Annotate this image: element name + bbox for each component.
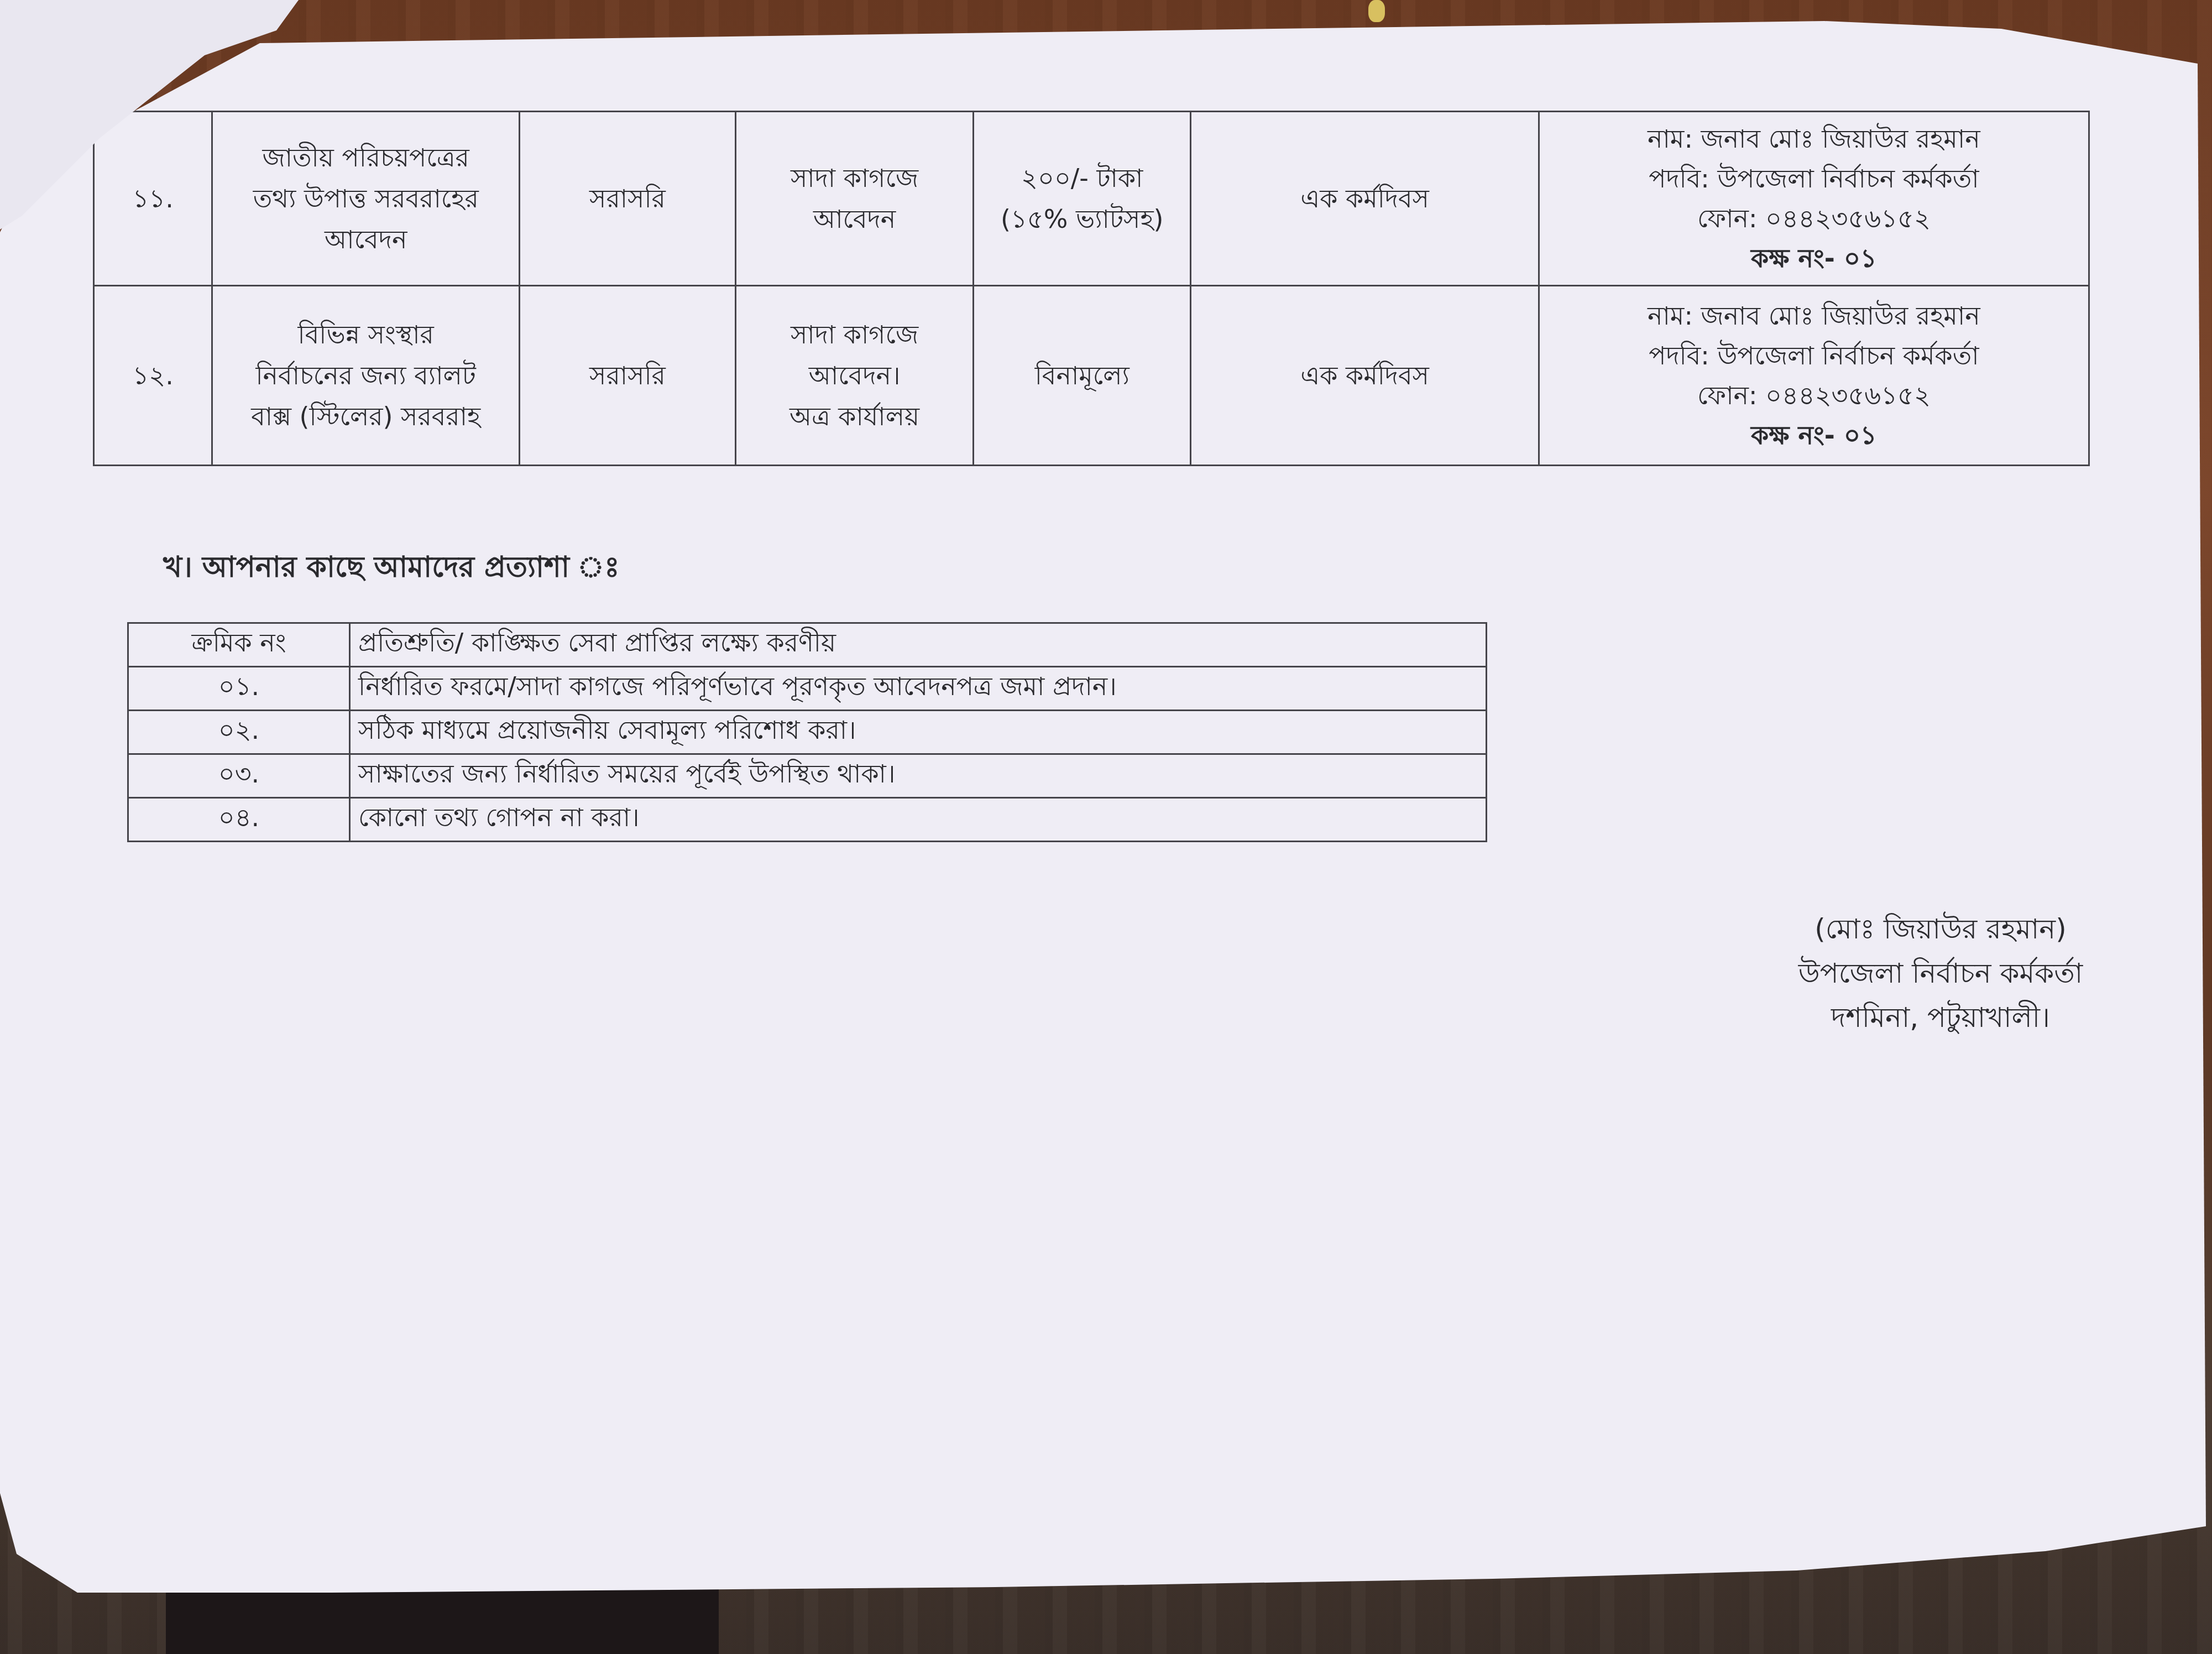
officer-designation: পদবি: উপজেলা নির্বাচন কর্মকর্তা <box>1545 159 2083 199</box>
row-number: ০১. <box>128 667 350 711</box>
row-number: ০৪. <box>128 798 350 842</box>
serial-cell: ১১. <box>94 112 212 286</box>
signatory-designation: উপজেলা নির্বাচন কর্মকর্তা <box>1786 951 2095 995</box>
officer-cell: নাম: জনাব মোঃ জিয়াউর রহমান পদবি: উপজেলা… <box>1539 286 2089 466</box>
officer-name: নাম: জনাব মোঃ জিয়াউর রহমান <box>1545 296 2083 336</box>
table-row: ১১. জাতীয় পরিচয়পত্রের তথ্য উপাত্ত সরবর… <box>94 112 2089 286</box>
time-cell: এক কর্মদিবস <box>1191 112 1539 286</box>
documents-line: সাদা কাগজে <box>742 158 967 199</box>
officer-room: কক্ষ নং- ০১ <box>1545 415 2083 455</box>
service-line: জাতীয় পরিচয়পত্রের <box>218 137 513 178</box>
service-line: নির্বাচনের জন্য ব্যালট <box>218 355 513 396</box>
documents-line: অত্র কার্যালয় <box>742 396 967 437</box>
officer-cell: নাম: জনাব মোঃ জিয়াউর রহমান পদবি: উপজেলা… <box>1539 112 2089 286</box>
table-row: ০২. সঠিক মাধ্যমে প্রয়োজনীয় সেবামূল্য প… <box>128 711 1487 754</box>
row-text: কোনো তথ্য গোপন না করা। <box>350 798 1487 842</box>
row-number: ০৩. <box>128 754 350 798</box>
service-line: বিভিন্ন সংস্থার <box>218 314 513 355</box>
signatory-name: (মোঃ জিয়াউর রহমান) <box>1786 907 2095 951</box>
services-table: ১১. জাতীয় পরিচয়পত্রের তথ্য উপাত্ত সরবর… <box>93 111 2090 466</box>
section-heading: খ। আপনার কাছে আমাদের প্রত্যাশা ঃ <box>163 545 620 593</box>
fee-line: (১৫% ভ্যাটসহ) <box>980 199 1184 239</box>
documents-cell: সাদা কাগজে আবেদন। অত্র কার্যালয় <box>735 286 973 466</box>
method-cell: সরাসরি <box>520 286 736 466</box>
row-text: নির্ধারিত ফরমে/সাদা কাগজে পরিপূর্ণভাবে প… <box>350 667 1487 711</box>
time-cell: এক কর্মদিবস <box>1191 286 1539 466</box>
service-line: তথ্য উপাত্ত সরবরাহের <box>218 178 513 219</box>
officer-room: কক্ষ নং- ০১ <box>1545 238 2083 278</box>
table-row: ০৪. কোনো তথ্য গোপন না করা। <box>128 798 1487 842</box>
officer-phone: ফোন: ০৪৪২৩৫৬১৫২ <box>1545 199 2083 238</box>
table-row: ০১. নির্ধারিত ফরমে/সাদা কাগজে পরিপূর্ণভা… <box>128 667 1487 711</box>
documents-line: সাদা কাগজে <box>742 314 967 355</box>
yellow-sticker <box>1368 0 1385 22</box>
column-header-serial: ক্রমিক নং <box>128 623 350 667</box>
column-header-duty: প্রতিশ্রুতি/ কাঙ্ক্ষিত সেবা প্রাপ্তির লক… <box>350 623 1487 667</box>
serial-cell: ১২. <box>94 286 212 466</box>
officer-name: নাম: জনাব মোঃ জিয়াউর রহমান <box>1545 119 2083 159</box>
service-name-cell: জাতীয় পরিচয়পত্রের তথ্য উপাত্ত সরবরাহের… <box>212 112 520 286</box>
row-number: ০২. <box>128 711 350 754</box>
documents-cell: সাদা কাগজে আবেদন <box>735 112 973 286</box>
document-page: ১১. জাতীয় পরিচয়পত্রের তথ্য উপাত্ত সরবর… <box>0 0 2212 1654</box>
table-row: ০৩. সাক্ষাতের জন্য নির্ধারিত সময়ের পূর্… <box>128 754 1487 798</box>
signatory-location: দশমিনা, পটুয়াখালী। <box>1786 995 2095 1040</box>
row-text: সাক্ষাতের জন্য নির্ধারিত সময়ের পূর্বেই … <box>350 754 1487 798</box>
table-row: ১২. বিভিন্ন সংস্থার নির্বাচনের জন্য ব্যা… <box>94 286 2089 466</box>
documents-line: আবেদন। <box>742 355 967 396</box>
table-header-row: ক্রমিক নং প্রতিশ্রুতি/ কাঙ্ক্ষিত সেবা প্… <box>128 623 1487 667</box>
officer-designation: পদবি: উপজেলা নির্বাচন কর্মকর্তা <box>1545 336 2083 375</box>
signature-block: (মোঃ জিয়াউর রহমান) উপজেলা নির্বাচন কর্ম… <box>1786 907 2095 1040</box>
service-line: বাক্স (স্টিলের) সরবরাহ <box>218 396 513 437</box>
expectations-table: ক্রমিক নং প্রতিশ্রুতি/ কাঙ্ক্ষিত সেবা প্… <box>127 622 1487 842</box>
fee-line: বিনামূল্যে <box>980 355 1184 396</box>
documents-line: আবেদন <box>742 199 967 239</box>
row-text: সঠিক মাধ্যমে প্রয়োজনীয় সেবামূল্য পরিশো… <box>350 711 1487 754</box>
fee-line: ২০০/- টাকা <box>980 158 1184 199</box>
service-name-cell: বিভিন্ন সংস্থার নির্বাচনের জন্য ব্যালট ব… <box>212 286 520 466</box>
method-cell: সরাসরি <box>520 112 736 286</box>
officer-phone: ফোন: ০৪৪২৩৫৬১৫২ <box>1545 375 2083 415</box>
fee-cell: বিনামূল্যে <box>974 286 1191 466</box>
service-line: আবেদন <box>218 219 513 260</box>
fee-cell: ২০০/- টাকা (১৫% ভ্যাটসহ) <box>974 112 1191 286</box>
